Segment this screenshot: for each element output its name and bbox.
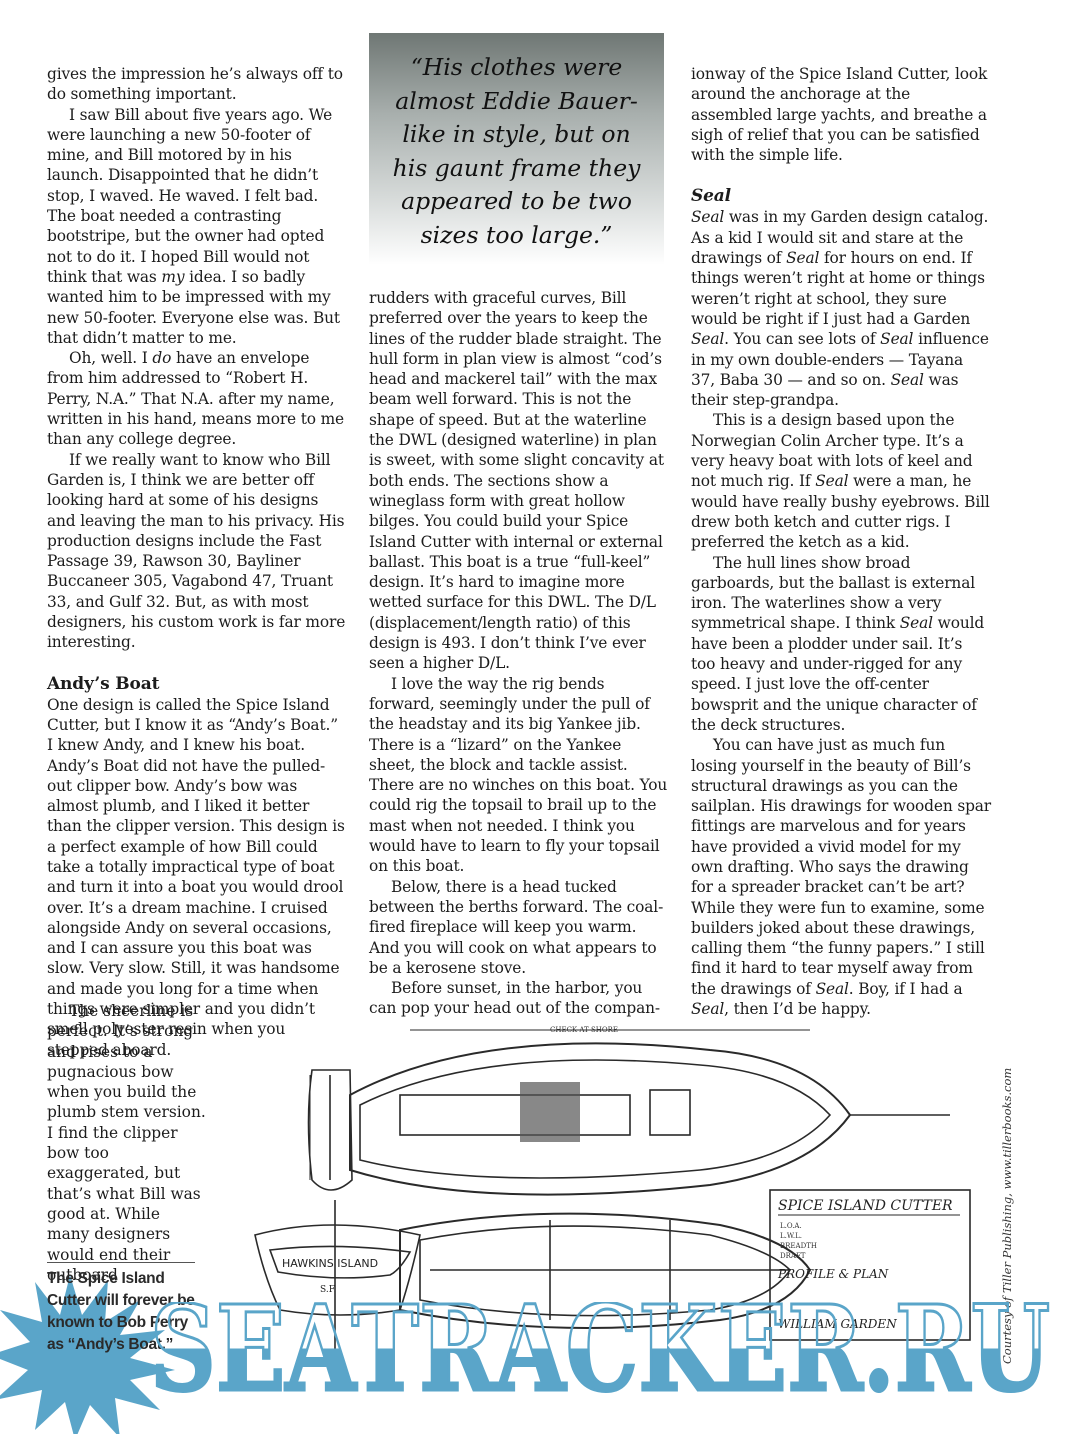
svg-text:BREADTH: BREADTH [780, 1242, 817, 1250]
paragraph: rudders with graceful curves, Bill prefe… [369, 288, 669, 674]
paragraph: Oh, well. I do have an envelope from him… [47, 348, 347, 449]
svg-text:DRAFT: DRAFT [780, 1252, 806, 1260]
paragraph: ionway of the Spice Island Cutter, look … [691, 64, 991, 165]
paragraph: Seal was in my Garden design catalog. As… [691, 207, 991, 410]
svg-text:PROFILE & PLAN: PROFILE & PLAN [777, 1267, 889, 1281]
paragraph: Below, there is a head tucked between th… [369, 877, 669, 978]
paragraph: You can have just as much fun losing you… [691, 735, 991, 1019]
pull-quote-line: like in style, but on [369, 118, 664, 152]
paragraph: gives the impression he’s always off to … [47, 64, 347, 105]
paragraph: If we really want to know who Bill Garde… [47, 450, 347, 653]
pull-quote-line: almost Eddie Bauer- [369, 85, 664, 119]
paragraph: Before sunset, in the harbor, you can po… [369, 978, 669, 1019]
pull-quote: “His clothes were almost Eddie Bauer- li… [369, 33, 664, 265]
svg-text:CHECK AT SHORE: CHECK AT SHORE [550, 1026, 618, 1034]
watermark-logo: SEATRACKER.RU [150, 1302, 1050, 1397]
section-heading-andys-boat: Andy’s Boat [47, 674, 347, 695]
pull-quote-line: “His clothes were [369, 51, 664, 85]
paragraph: I love the way the rig bends forward, se… [369, 674, 669, 877]
article-column-1: gives the impression he’s always off to … [47, 64, 347, 1060]
article-column-2: rudders with graceful curves, Bill prefe… [369, 288, 669, 1019]
svg-text:SEATRACKER.RU: SEATRACKER.RU [150, 1302, 1050, 1397]
paragraph: The sheerline is perfect. It’s strong an… [47, 1001, 207, 1285]
article-column-3: ionway of the Spice Island Cutter, look … [691, 64, 991, 1019]
pull-quote-line: his gaunt frame they [369, 152, 664, 186]
caption-divider [47, 1262, 195, 1263]
svg-text:L.W.L.: L.W.L. [780, 1232, 802, 1240]
pull-quote-line: appeared to be two [369, 185, 664, 219]
article-column-1-wrap: The sheerline is perfect. It’s strong an… [47, 1001, 207, 1285]
svg-text:HAWKINS ISLAND: HAWKINS ISLAND [282, 1257, 378, 1270]
paragraph: The hull lines show broad garboards, but… [691, 553, 991, 736]
paragraph: I saw Bill about five years ago. We were… [47, 105, 347, 349]
svg-text:SPICE ISLAND CUTTER: SPICE ISLAND CUTTER [778, 1198, 953, 1214]
paragraph: This is a design based upon the Norwegia… [691, 410, 991, 552]
section-heading-seal: Seal [691, 186, 991, 207]
pull-quote-line: sizes too large.” [369, 219, 664, 253]
svg-text:L.O.A.: L.O.A. [780, 1222, 802, 1230]
svg-text:S.F.: S.F. [320, 1285, 337, 1295]
